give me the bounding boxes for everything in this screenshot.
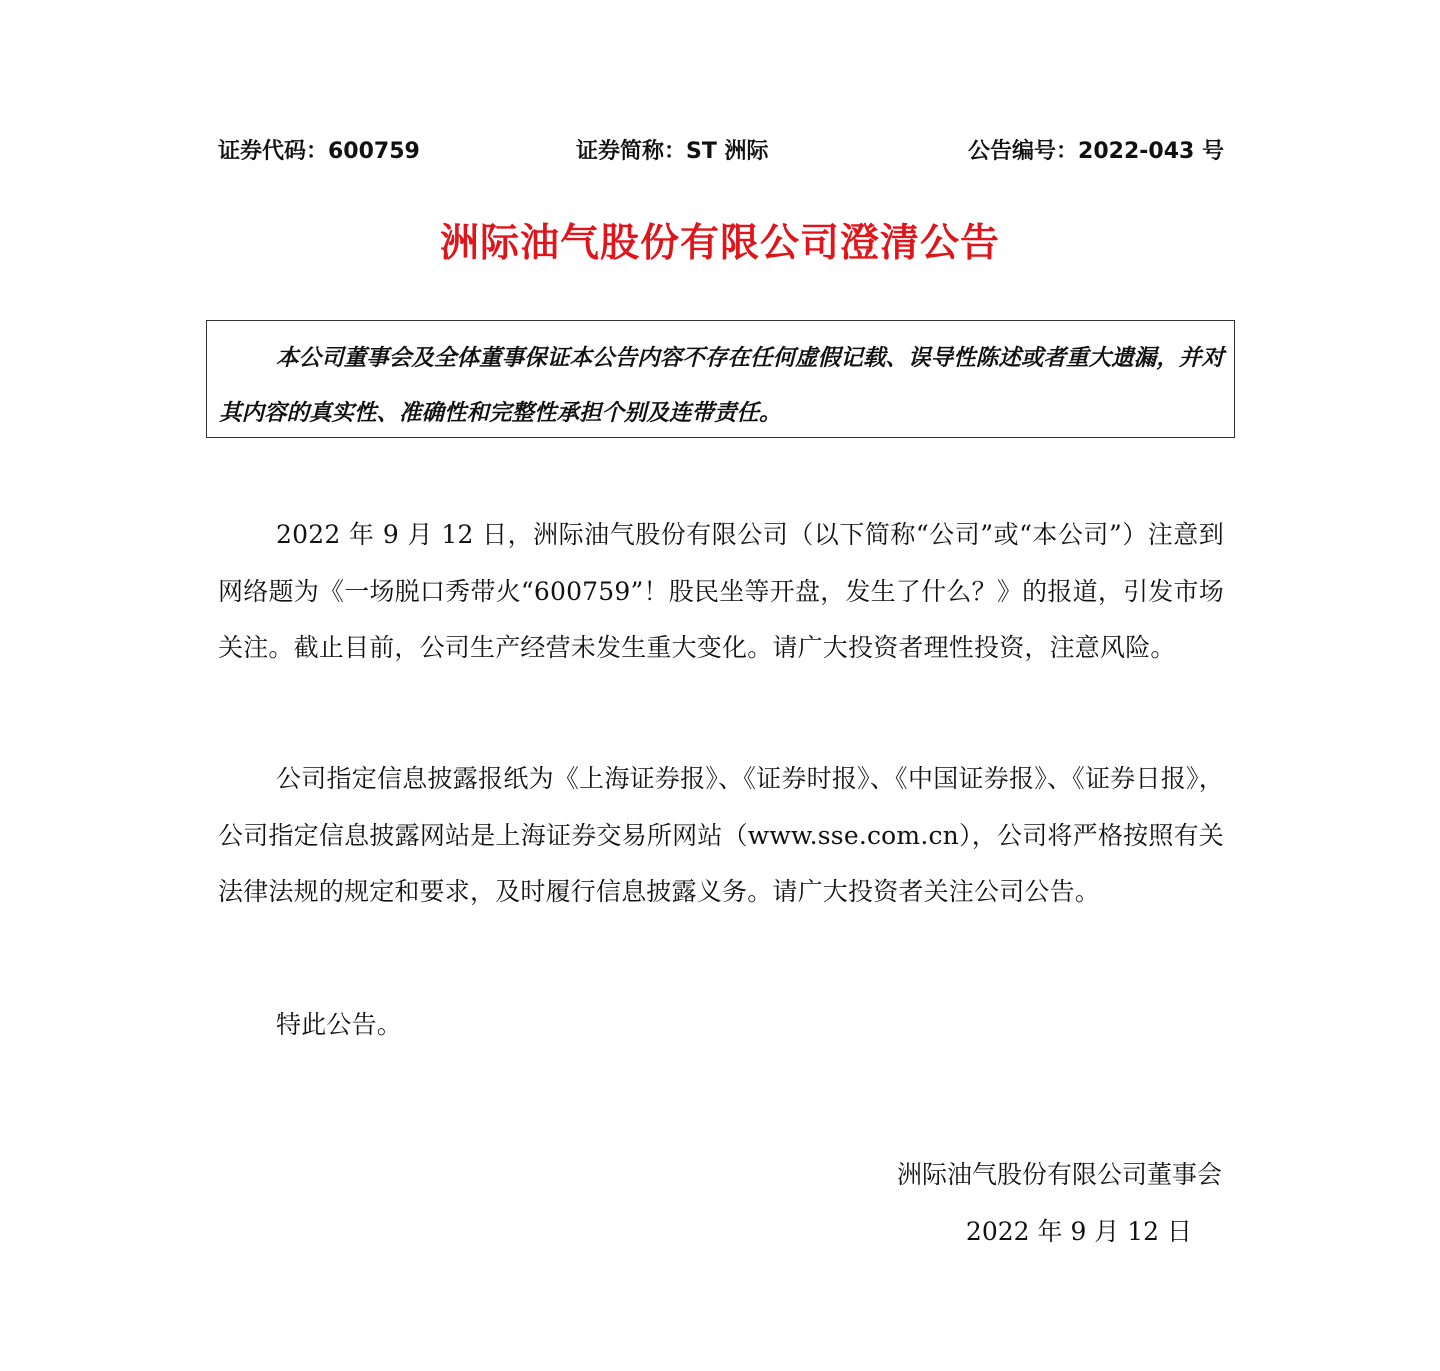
board-guarantee-notice-box: 本公司董事会及全体董事保证本公告内容不存在任何虚假记载、误导性陈述或者重大遗漏，…	[206, 320, 1235, 438]
security-abbreviation: 证券简称：ST 洲际	[576, 134, 769, 170]
signature-date: 2022 年 9 月 12 日	[966, 1204, 1192, 1260]
announcement-header: 证券代码：600759 证券简称：ST 洲际 公告编号：2022-043 号	[218, 134, 1224, 170]
signature-issuer: 洲际油气股份有限公司董事会	[897, 1147, 1222, 1203]
document-title: 洲际油气股份有限公司澄清公告	[0, 216, 1440, 272]
clarification-paragraph: 2022 年 9 月 12 日，洲际油气股份有限公司（以下简称“公司”或“本公司…	[218, 507, 1224, 677]
board-guarantee-notice-text: 本公司董事会及全体董事保证本公告内容不存在任何虚假记载、误导性陈述或者重大遗漏，…	[219, 331, 1224, 441]
security-code: 证券代码：600759	[218, 134, 420, 170]
announcement-number: 公告编号：2022-043 号	[968, 134, 1224, 170]
announcement-page: 证券代码：600759 证券简称：ST 洲际 公告编号：2022-043 号 洲…	[0, 0, 1440, 1371]
closing-paragraph: 特此公告。	[218, 997, 1224, 1054]
disclosure-channels-paragraph: 公司指定信息披露报纸为《上海证券报》、《证券时报》、《中国证券报》、《证券日报》…	[218, 751, 1224, 921]
